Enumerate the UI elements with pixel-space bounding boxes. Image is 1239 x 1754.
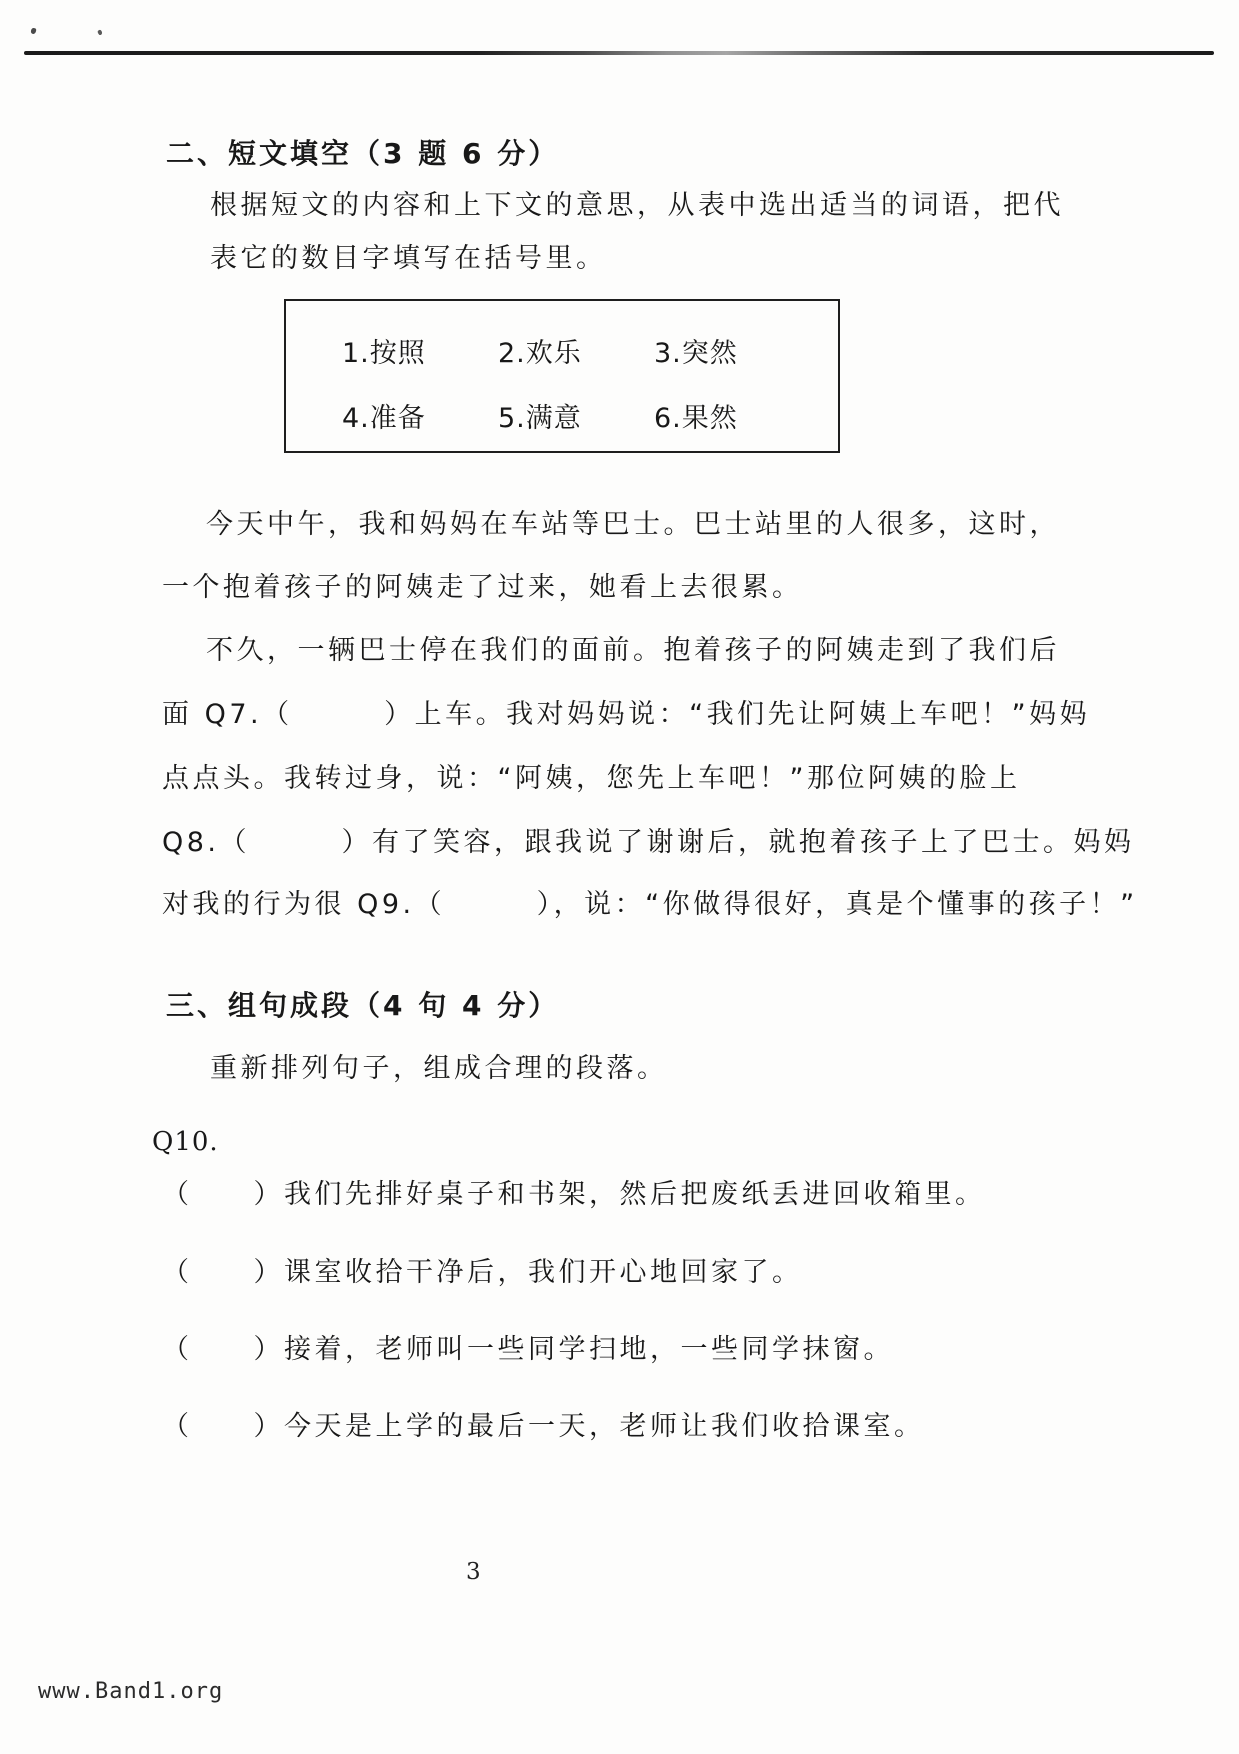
scan-speck: [30, 28, 36, 35]
passage-line: 点点头。我转过身，说：“阿姨，您先上车吧！”那位阿姨的脸上: [162, 762, 1020, 796]
word-bank-box: 1.按照 2.欢乐 3.突然 4.准备 5.满意 6.果然: [284, 299, 840, 453]
word-bank-item: 3.突然: [654, 331, 810, 370]
section-2-instruction-line-2: 表它的数目字填写在括号里。: [210, 242, 607, 276]
scan-speck: [97, 29, 103, 35]
word-bank-item: 4.准备: [342, 396, 498, 435]
page-number: 3: [466, 1558, 481, 1587]
word-bank-item: 1.按照: [342, 331, 498, 370]
word-bank-item: 5.满意: [498, 396, 654, 435]
section-2-heading: 二、短文填空（3 题 6 分）: [166, 136, 559, 171]
passage-line: 一个抱着孩子的阿姨走了过来，她看上去很累。: [162, 571, 803, 605]
question-10-label: Q10.: [152, 1126, 219, 1159]
word-bank-row: 4.准备 5.满意 6.果然: [286, 396, 838, 435]
scanned-test-page: 二、短文填空（3 题 6 分） 根据短文的内容和上下文的意思，从表中选出适当的词…: [0, 0, 1239, 1754]
word-bank-item: 2.欢乐: [498, 331, 654, 370]
passage-line: Q8.（ ）有了笑容，跟我说了谢谢后，就抱着孩子上了巴士。妈妈: [162, 826, 1135, 860]
word-bank-item: 6.果然: [654, 396, 810, 435]
sequence-item: （ ）我们先排好桌子和书架，然后把废纸丢进回收箱里。: [162, 1178, 986, 1212]
sequence-item: （ ）课室收拾干净后，我们开心地回家了。: [162, 1256, 803, 1290]
scan-artifact-line: [24, 51, 1214, 55]
passage-line: 对我的行为很 Q9.（ ），说：“你做得很好，真是个懂事的孩子！”: [162, 888, 1138, 922]
passage-line: 面 Q7.（ ）上车。我对妈妈说：“我们先让阿姨上车吧！”妈妈: [162, 698, 1090, 732]
word-bank-row: 1.按照 2.欢乐 3.突然: [286, 331, 838, 370]
sequence-item: （ ）今天是上学的最后一天，老师让我们收拾课室。: [162, 1410, 925, 1444]
section-3-heading: 三、组句成段（4 句 4 分）: [166, 988, 559, 1023]
footer-watermark: www.Band1.org: [38, 1678, 223, 1706]
section-2-instruction-line-1: 根据短文的内容和上下文的意思，从表中选出适当的词语，把代: [210, 189, 1064, 223]
passage-line: 不久，一辆巴士停在我们的面前。抱着孩子的阿姨走到了我们后: [162, 634, 1060, 668]
sequence-item: （ ）接着，老师叫一些同学扫地，一些同学抹窗。: [162, 1333, 894, 1367]
passage-line: 今天中午，我和妈妈在车站等巴士。巴士站里的人很多，这时，: [162, 508, 1060, 542]
section-3-instruction: 重新排列句子，组成合理的段落。: [210, 1052, 668, 1086]
